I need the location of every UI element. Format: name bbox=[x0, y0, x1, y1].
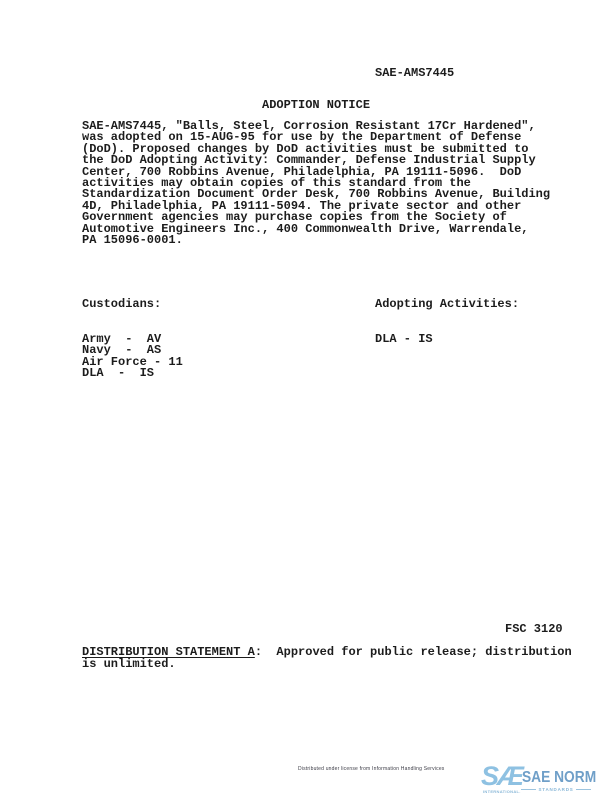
document-page: SAE-AMS7445 ADOPTION NOTICE SAE-AMS7445,… bbox=[0, 0, 600, 803]
adoption-notice-paragraph: SAE-AMS7445, "Balls, Steel, Corrosion Re… bbox=[82, 121, 550, 246]
sae-norm-wordmark: SAE NORM bbox=[522, 769, 596, 787]
sae-logo-icon: SÆ bbox=[481, 763, 522, 790]
sae-international-caption: INTERNATIONAL. bbox=[483, 789, 521, 794]
adopting-activities-list: DLA - IS bbox=[375, 334, 519, 346]
fsc-code: FSC 3120 bbox=[505, 622, 563, 636]
custodians-block: Custodians: Army - AV Navy - AS Air Forc… bbox=[82, 276, 183, 403]
custodians-heading: Custodians: bbox=[82, 299, 183, 311]
adopting-activities-heading: Adopting Activities: bbox=[375, 299, 519, 311]
page-title: ADOPTION NOTICE bbox=[262, 98, 370, 112]
adopting-activities-block: Adopting Activities: DLA - IS bbox=[375, 276, 519, 368]
standards-tagline: STANDARDS bbox=[521, 787, 591, 792]
tagline-rule-right bbox=[576, 789, 591, 790]
distribution-statement: DISTRIBUTION STATEMENT A: Approved for p… bbox=[82, 647, 600, 670]
doc-number: SAE-AMS7445 bbox=[375, 66, 454, 80]
license-note: Distributed under license from Informati… bbox=[298, 766, 445, 772]
tagline-text: STANDARDS bbox=[538, 787, 573, 792]
tagline-rule-left bbox=[521, 789, 536, 790]
custodians-list: Army - AV Navy - AS Air Force - 11 DLA -… bbox=[82, 334, 183, 380]
